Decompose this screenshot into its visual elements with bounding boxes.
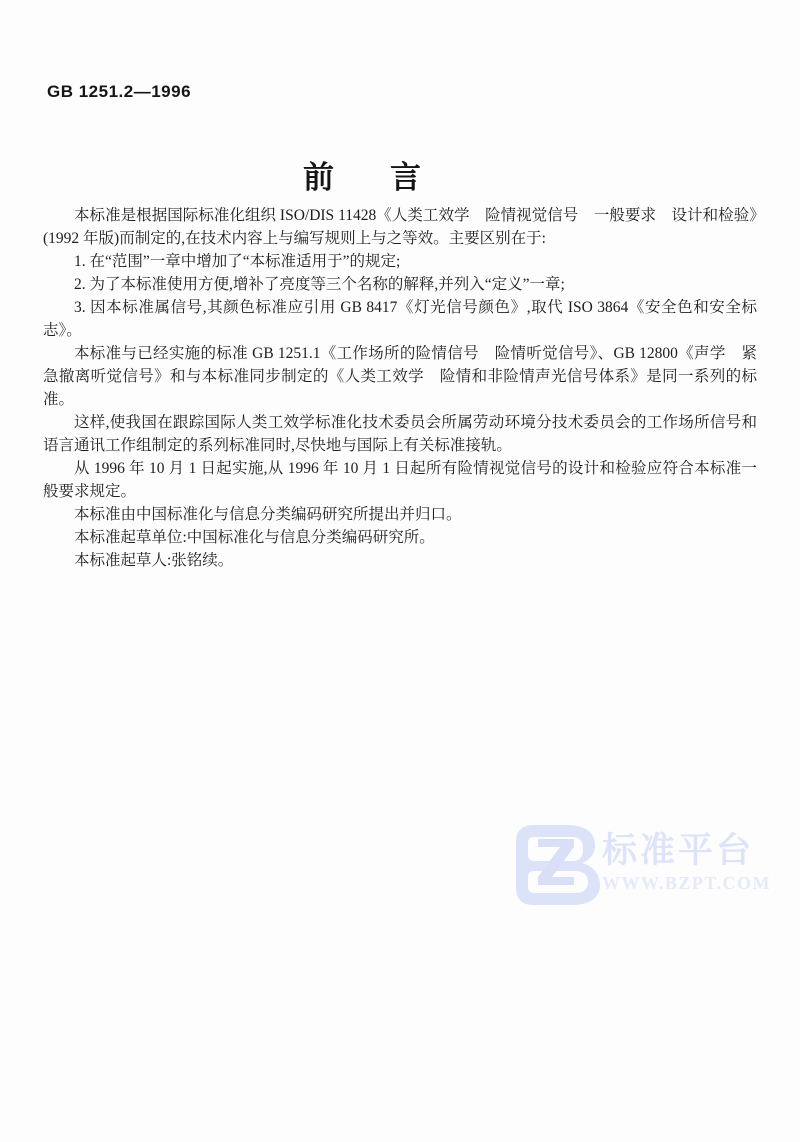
foreword-paragraph: 本标准起草单位:中国标准化与信息分类编码研究所。: [43, 526, 757, 549]
title-char-2: 言: [390, 152, 421, 197]
title-char-1: 前: [303, 152, 334, 197]
standard-number: GB 1251.2—1996: [47, 82, 191, 102]
watermark: 标准平台 WWW.BZPT.COM: [516, 825, 771, 905]
foreword-paragraph: 从 1996 年 10 月 1 日起实施,从 1996 年 10 月 1 日起所…: [43, 457, 757, 503]
document-page: GB 1251.2—1996 前 言 本标准是根据国际标准化组织 ISO/DIS…: [0, 0, 800, 1142]
foreword-list-item: 1. 在“范围”一章中增加了“本标准适用于”的规定;: [43, 250, 757, 273]
page-title: 前 言: [303, 152, 421, 197]
foreword-list-item: 3. 因本标准属信号,其颜色标准应引用 GB 8417《灯光信号颜色》,取代 I…: [43, 296, 757, 342]
foreword-paragraph: 本标准由中国标准化与信息分类编码研究所提出并归口。: [43, 503, 757, 526]
watermark-site-url: WWW.BZPT.COM: [602, 874, 771, 892]
bzpt-logo-icon: [516, 825, 600, 905]
foreword-list-item: 2. 为了本标准使用方便,增补了亮度等三个名称的解释,并列入“定义”一章;: [43, 273, 757, 296]
foreword-paragraph: 这样,使我国在跟踪国际人类工效学标准化技术委员会所属劳动环境分技术委员会的工作场…: [43, 411, 757, 457]
foreword-body: 本标准是根据国际标准化组织 ISO/DIS 11428《人类工效学 险情视觉信号…: [43, 204, 757, 572]
foreword-paragraph: 本标准是根据国际标准化组织 ISO/DIS 11428《人类工效学 险情视觉信号…: [43, 204, 757, 250]
watermark-site-name: 标准平台: [602, 833, 771, 868]
watermark-text: 标准平台 WWW.BZPT.COM: [602, 825, 771, 892]
foreword-paragraph: 本标准起草人:张铭续。: [43, 549, 757, 572]
foreword-paragraph: 本标准与已经实施的标准 GB 1251.1《工作场所的险情信号 险情听觉信号》、…: [43, 342, 757, 411]
